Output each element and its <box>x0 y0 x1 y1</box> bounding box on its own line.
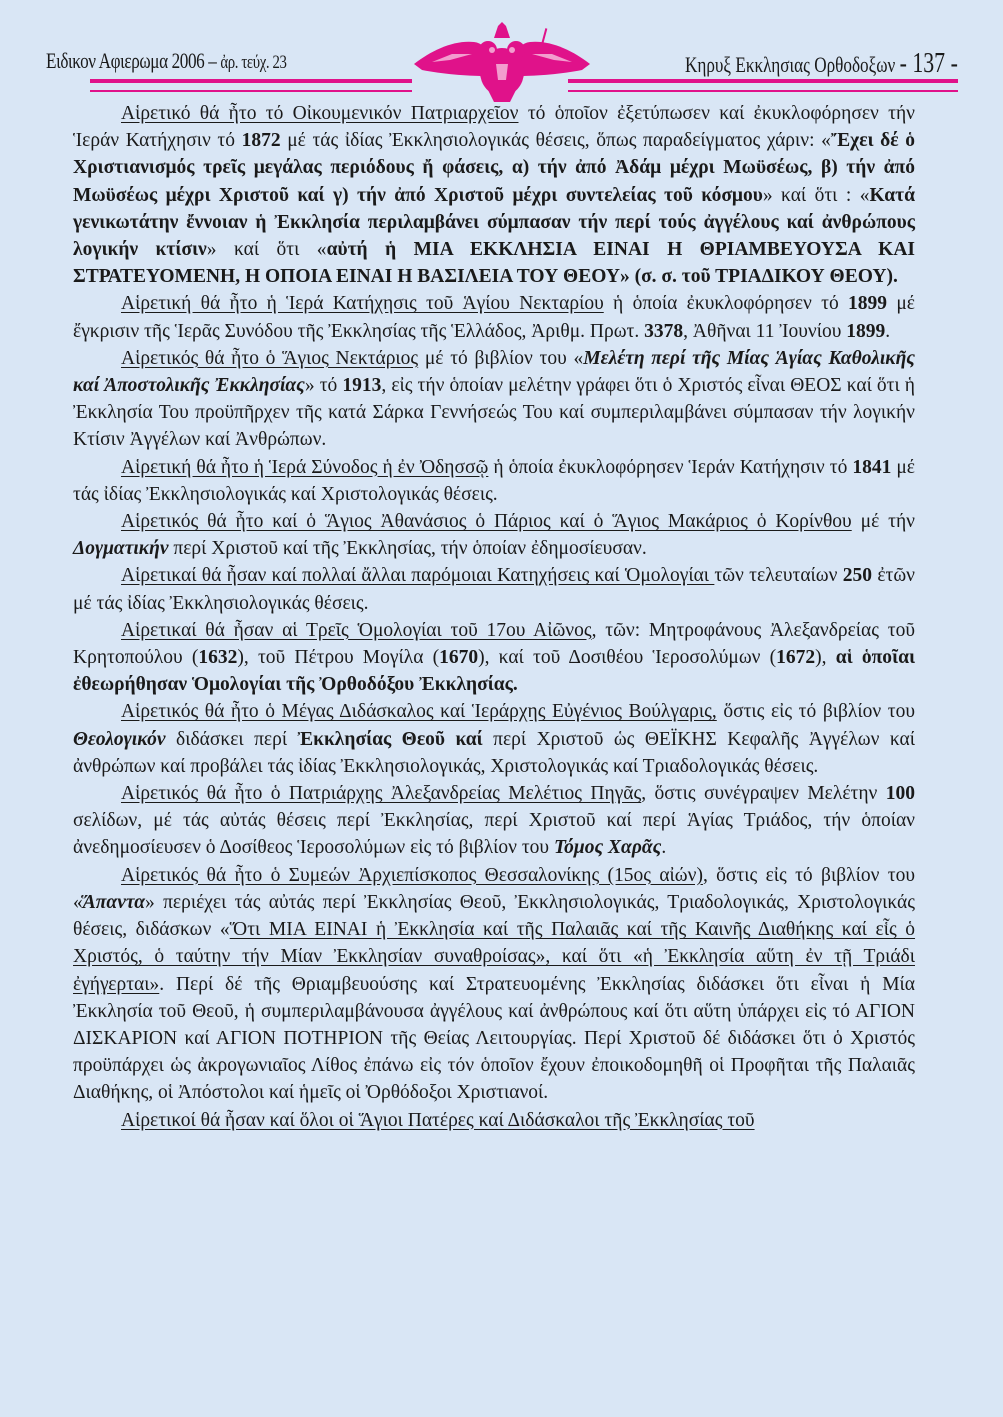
paragraph-lead: Αἱρετικός θά ἦτο ὁ Συμεών Ἀρχιεπίσκοπος … <box>121 865 703 886</box>
paragraph-lead: Αἱρετικό θά ἦτο τό Οἰκουμενικόν Πατριαρχ… <box>121 103 519 124</box>
paragraph-meletios-pigas: Αἱρετικός θά ἦτο ὁ Πατριάρχης Ἀλεξανδρεί… <box>73 780 915 862</box>
text: . <box>885 321 890 342</box>
text: » καί ὅτι : « <box>763 185 870 206</box>
book-title: Θεολογικόν <box>73 729 166 750</box>
paragraph-eugenios-voulgaris: Αἱρετικός θά ἦτο ὁ Μέγας Διδάσκαλος καί … <box>73 698 915 780</box>
double-headed-eagle-icon <box>412 20 592 102</box>
text: τῶν τελευταίων <box>714 565 842 586</box>
issue-number: ἀρ. τεύχ. 23 <box>220 52 286 73</box>
paragraph-lead: Αἱρετική θά ἦτο ἡ Ἱερά Σύνοδος ἡ ἐν Ὀδησ… <box>121 457 488 478</box>
paragraph-athanasios-makarios: Αἱρετικός θά ἦτο καί ὁ Ἅγιος Ἀθανάσιος ὁ… <box>73 508 915 562</box>
paragraph-lead: Αἱρετική θά ἦτο ἡ Ἱερά Κατήχησις τοῦ Ἁγί… <box>121 293 604 314</box>
paragraph-lead: Αἱρετικός θά ἦτο ὁ Πατριάρχης Ἀλεξανδρεί… <box>121 783 641 804</box>
text: ἡ ὁποία ἐκυκλοφόρησεν τό <box>604 293 848 314</box>
paragraph-lead: Αἱρετικός θά ἦτο ὁ Ἅγιος Νεκτάριος <box>121 348 418 369</box>
publication-name: Κηρυξ Εκκλησιας Ορθοδοξων <box>685 52 895 77</box>
year: 1841 <box>852 457 891 478</box>
text: ), τοῦ Πέτρου Μογίλα ( <box>237 647 439 668</box>
text: ), καί τοῦ Δοσιθέου Ἱεροσολύμων ( <box>478 647 776 668</box>
text: . Περί δέ τῆς Θριαμβευούσης καί Στρατευο… <box>73 974 915 1104</box>
page-count: 100 <box>886 783 915 804</box>
emphasis: Ἐκκλησίας Θεοῦ καί <box>298 729 483 750</box>
year: 1899 <box>846 321 885 342</box>
book-title: Τόμος Χαρᾶς <box>554 837 661 858</box>
year: 1632 <box>198 647 237 668</box>
text: περί Χριστοῦ καί τῆς Ἐκκλησίας, τήν ὁποί… <box>168 538 646 559</box>
paragraph-lead: Αἱρετικοί θά ἦσαν καί ὅλοι οἱ Ἅγιοι Πατέ… <box>121 1110 755 1131</box>
text: ἡ ὁποία ἐκυκλοφόρησεν Ἱεράν Κατήχησιν τό <box>488 457 852 478</box>
text: σελίδων, μέ τάς αὐτάς θέσεις περί Ἐκκλησ… <box>73 810 915 858</box>
paragraph-st-nektarios-study: Αἱρετικός θά ἦτο ὁ Ἅγιος Νεκτάριος μέ τό… <box>73 345 915 454</box>
article-body: Αἱρετικό θά ἦτο τό Οἰκουμενικόν Πατριαρχ… <box>73 100 915 1134</box>
header-rule-right-thin <box>568 90 958 92</box>
text: , ὅστις συνέγραψεν Μελέτην <box>641 783 885 804</box>
paragraph-st-nektarios-catechism: Αἱρετική θά ἦτο ἡ Ἱερά Κατήχησις τοῦ Ἁγί… <box>73 290 915 344</box>
paragraph-lead: Αἱρετικός θά ἦτο καί ὁ Ἅγιος Ἀθανάσιος ὁ… <box>121 511 852 532</box>
text: μέ τήν <box>852 511 915 532</box>
book-title: Ἅπαντα <box>83 892 145 913</box>
text: » τό <box>305 375 343 396</box>
paragraph-lead: Αἱρετικαί θά ἦσαν καί πολλαί ἄλλαι παρόμ… <box>121 565 714 586</box>
paragraph-holy-fathers: Αἱρετικοί θά ἦσαν καί ὅλοι οἱ Ἅγιοι Πατέ… <box>73 1107 915 1134</box>
protocol-number: 3378 <box>644 321 683 342</box>
page-header: Ειδικον Αφιερωμα 2006 – ἀρ. τεύχ. 23 <box>46 18 958 96</box>
header-journal-title: Ειδικον Αφιερωμα 2006 – ἀρ. τεύχ. 23 <box>46 48 287 74</box>
header-rule-left-thin <box>90 90 412 92</box>
paragraph-ecumenical-patriarchate: Αἱρετικό θά ἦτο τό Οἰκουμενικόν Πατριαρχ… <box>73 100 915 290</box>
paragraph-symeon-thessaloniki: Αἱρετικός θά ἦτο ὁ Συμεών Ἀρχιεπίσκοπος … <box>73 862 915 1107</box>
header-separator: – <box>204 48 220 73</box>
text: . <box>661 837 666 858</box>
text: μέ τό βιβλίον του « <box>418 348 583 369</box>
year: 1872 <box>242 130 281 151</box>
book-title: Δογματικήν <box>73 538 168 559</box>
text: ὅστις εἰς τό βιβλίον του <box>717 701 915 722</box>
years-count: 250 <box>843 565 872 586</box>
paragraph-three-confessions: Αἱρετικαί θά ἦσαν αἱ Τρεῖς Ὁμολογίαι τοῦ… <box>73 617 915 699</box>
page-number: - 137 - <box>900 48 958 79</box>
year: 1913 <box>342 375 381 396</box>
paragraph-synod-odessa: Αἱρετική θά ἦτο ἡ Ἱερά Σύνοδος ἡ ἐν Ὀδησ… <box>73 454 915 508</box>
text: ), <box>815 647 836 668</box>
paragraph-lead: Αἱρετικός θά ἦτο ὁ Μέγας Διδάσκαλος καί … <box>121 701 717 722</box>
paragraph-lead: Αἱρετικαί θά ἦσαν αἱ Τρεῖς Ὁμολογίαι τοῦ… <box>121 620 592 641</box>
header-publication-title: Κηρυξ Εκκλησιας Ορθοδοξων - 137 - <box>685 48 958 80</box>
header-rule-left-thick <box>90 79 412 83</box>
text: , Ἀθῆναι 11 Ἰουνίου <box>683 321 846 342</box>
text: » καί ὅτι « <box>207 239 327 260</box>
text: διδάσκει περί <box>166 729 298 750</box>
special-issue-title: Ειδικον Αφιερωμα 2006 <box>46 48 204 73</box>
paragraph-other-catechisms: Αἱρετικαί θά ἦσαν καί πολλαί ἄλλαι παρόμ… <box>73 562 915 616</box>
year: 1672 <box>776 647 815 668</box>
year: 1670 <box>439 647 478 668</box>
text: μέ τάς ἰδίας Ἐκκλησιολογικάς θέσεις, ὅπω… <box>281 130 831 151</box>
year: 1899 <box>848 293 887 314</box>
